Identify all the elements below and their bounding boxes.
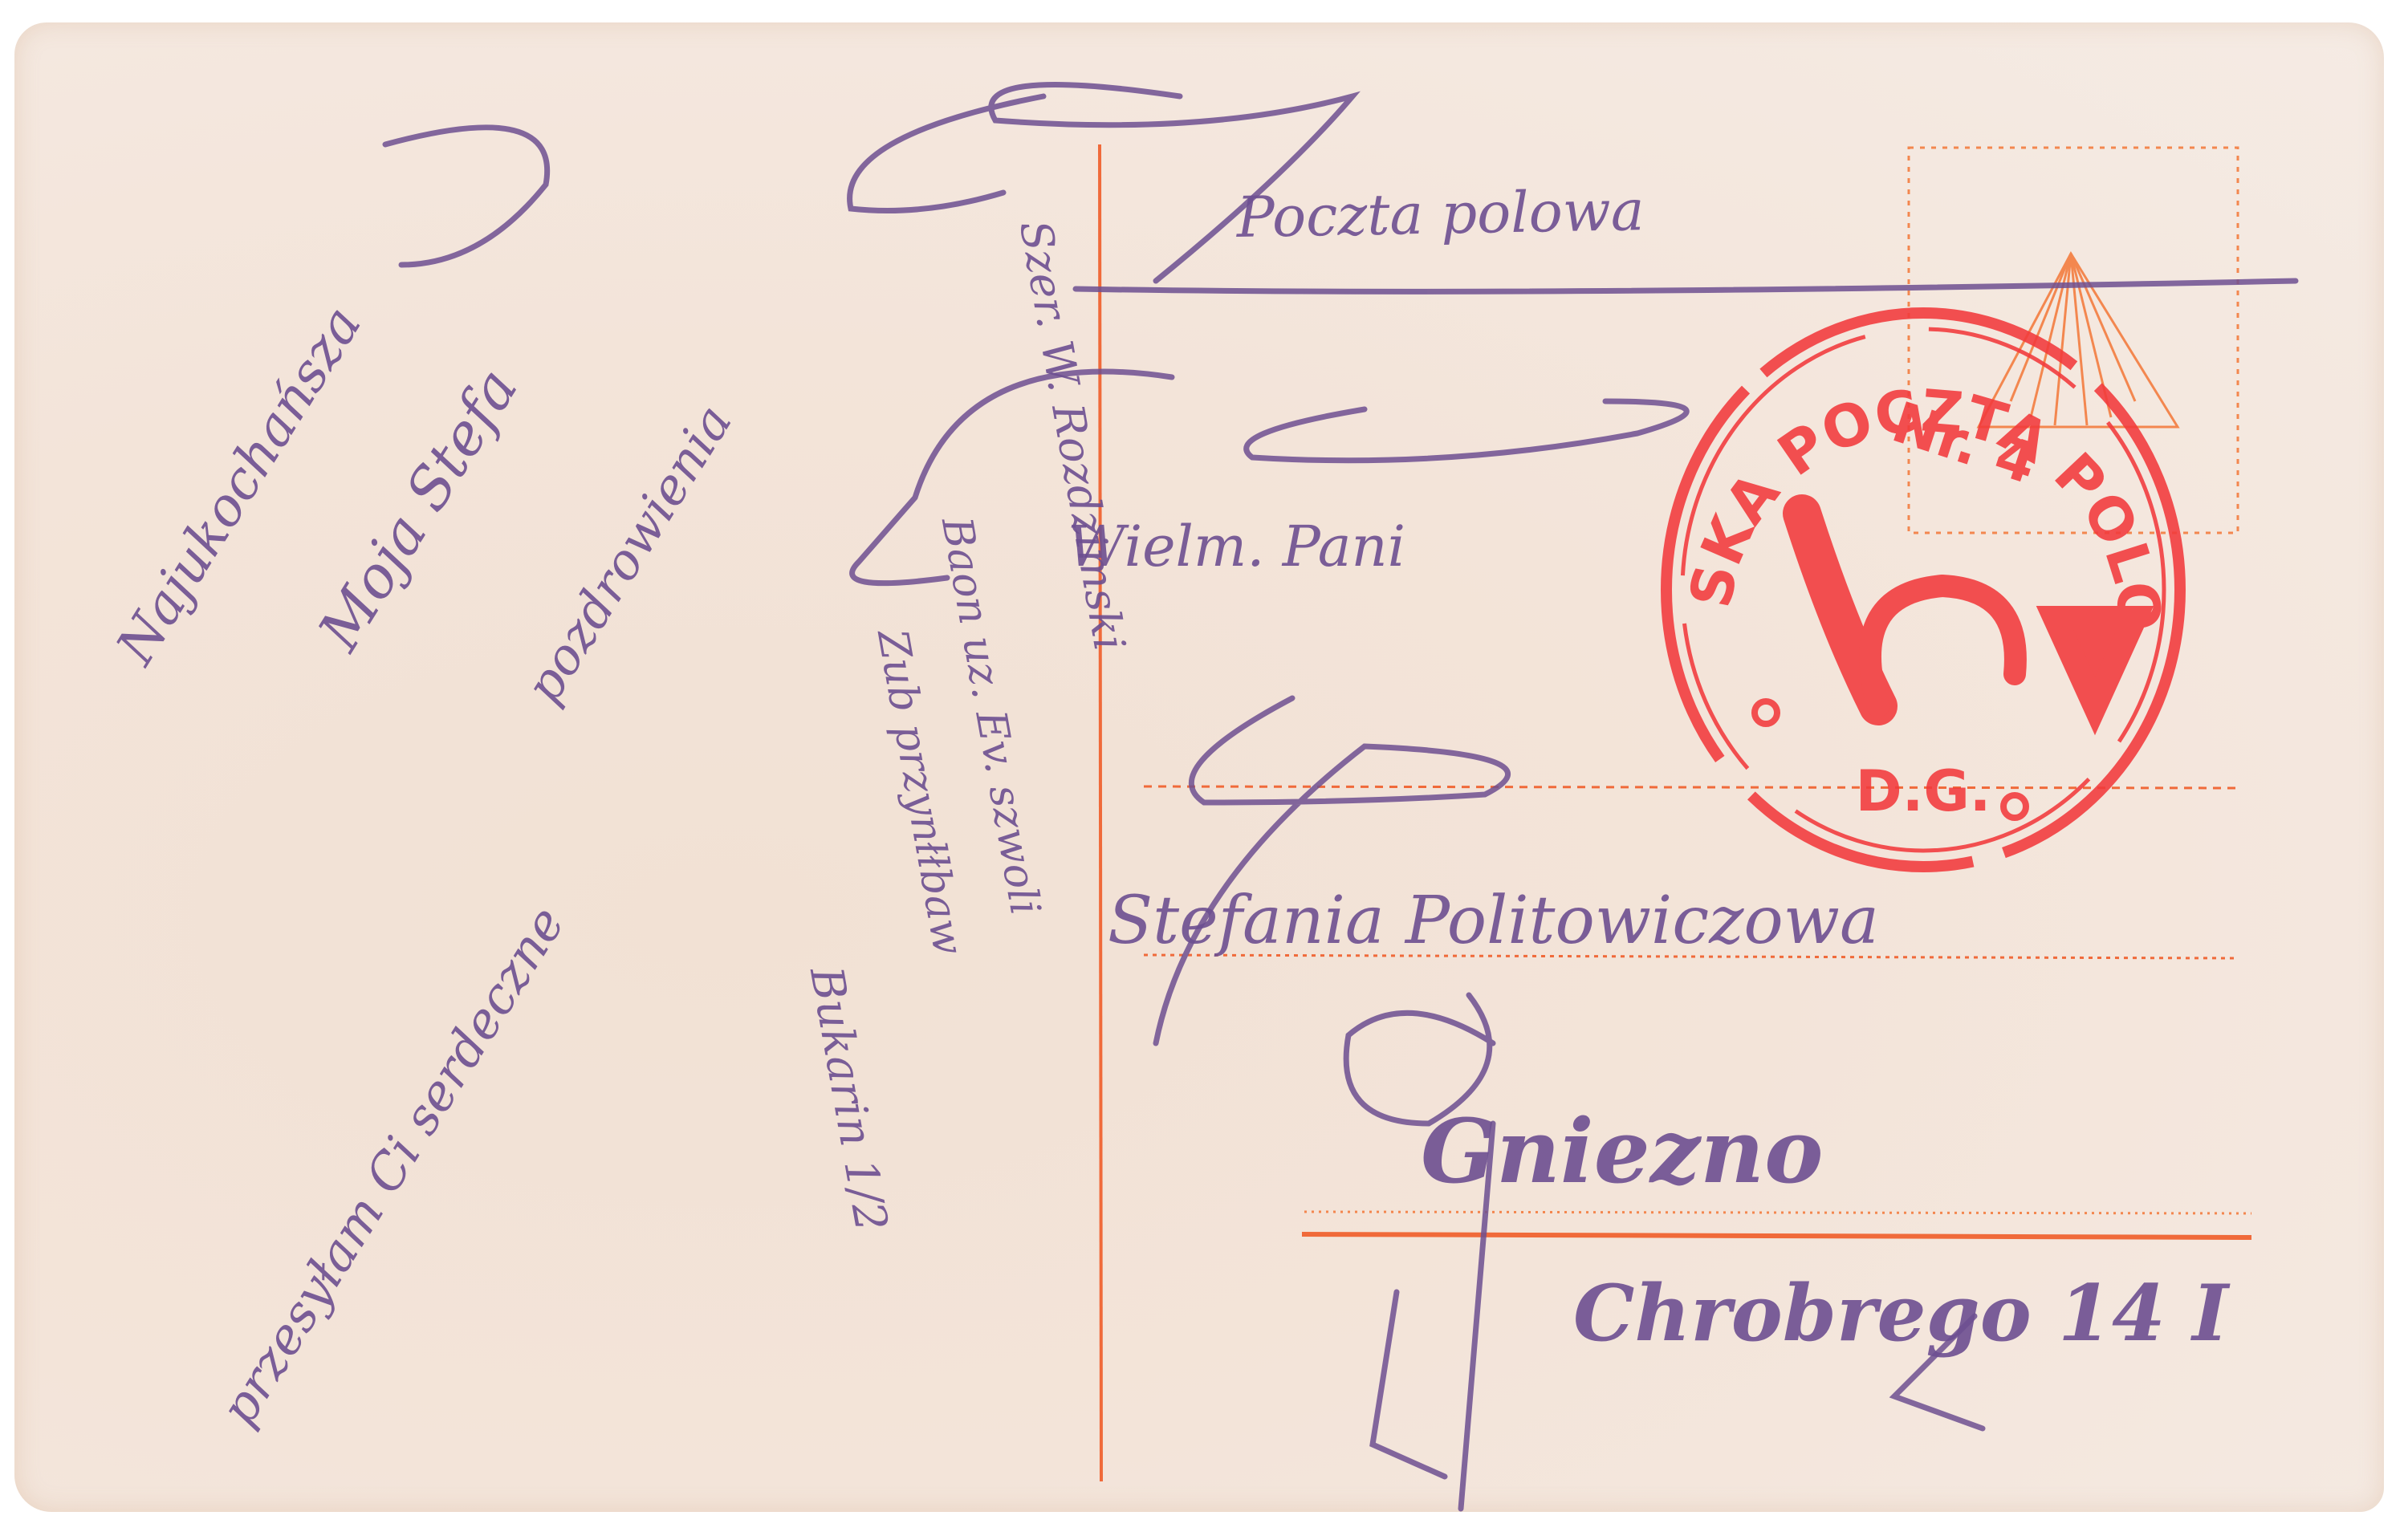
post-horn-icon [1802, 514, 2135, 706]
triangle-emblem-icon [1979, 254, 2178, 427]
address-recipient: Stefania Politowiczowa [1108, 883, 1879, 959]
address-header: Poczta polowa [1236, 177, 1645, 250]
address-line-1 [1144, 786, 2235, 788]
address-line-4 [1302, 1234, 2251, 1237]
postmark-bottom-label: D.G. [1856, 758, 1991, 824]
address-street: Chrobrego 14 I [1573, 1268, 2228, 1359]
center-divider-line [1100, 144, 1101, 1481]
address-city: Gniezno [1421, 1099, 1824, 1203]
address-line-3 [1304, 1212, 2251, 1213]
